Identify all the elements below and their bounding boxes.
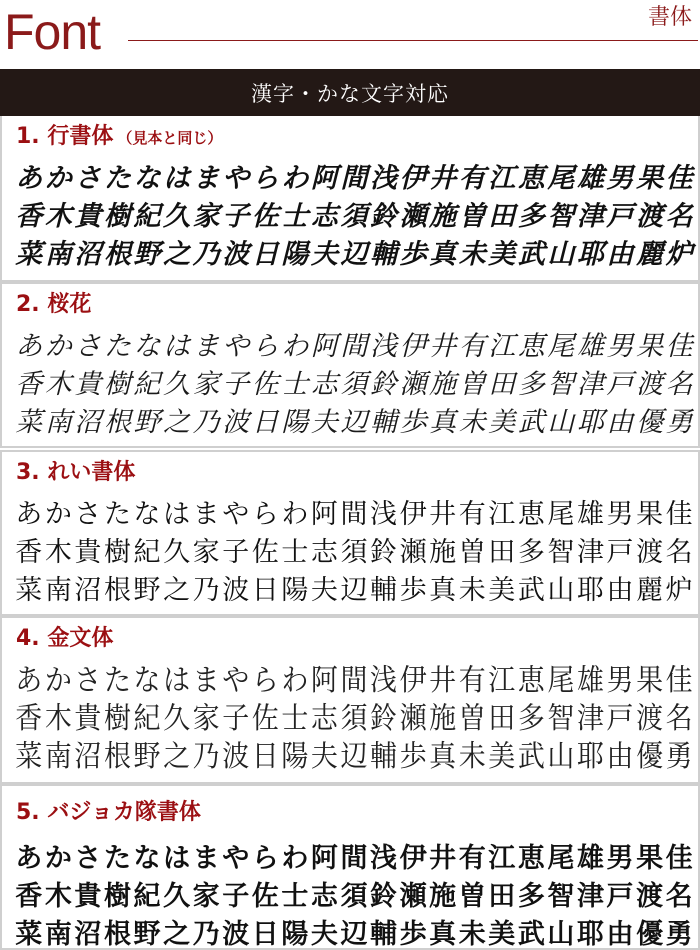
sample-glyph: わ: [280, 497, 310, 533]
sample-glyph: 陽: [280, 237, 310, 273]
section-number: 1.: [16, 124, 40, 149]
sample-glyph: 波: [221, 573, 251, 609]
sample-glyph: 耶: [576, 573, 606, 609]
sample-glyph: 佳: [664, 161, 694, 197]
sample-glyph: 之: [162, 573, 192, 609]
sample-glyph: 戸: [605, 199, 635, 235]
sample-glyph: 辺: [339, 237, 369, 273]
sample-glyph: 名: [664, 199, 694, 235]
sample-glyph: 士: [280, 199, 310, 235]
sample-glyph: 津: [576, 699, 606, 739]
sample-glyph: 恵: [517, 497, 547, 533]
sample-glyph: 佳: [664, 661, 694, 701]
sample-glyph: 美: [487, 573, 517, 609]
sample-glyph: は: [162, 841, 192, 877]
sample-glyph: 勇: [664, 917, 694, 950]
sample-glyph: 井: [428, 329, 458, 365]
sample-glyph: 浅: [369, 497, 399, 533]
sample-glyph: 志: [310, 367, 340, 403]
sample-glyph: 須: [339, 199, 369, 235]
sample-glyph: 輔: [369, 405, 399, 441]
sample-glyph: 菜: [14, 737, 44, 777]
sample-glyph: 津: [576, 535, 606, 571]
sample-glyph: 佳: [664, 329, 694, 365]
sample-glyph: 果: [635, 841, 665, 877]
sample-glyph: 乃: [191, 917, 221, 950]
sample-glyph: 多: [517, 199, 547, 235]
sample-glyph: 木: [44, 535, 74, 571]
sample-glyph: 鈴: [369, 199, 399, 235]
sample-glyph: 由: [605, 917, 635, 950]
sample-glyph: 菜: [14, 405, 44, 441]
sample-glyph: 江: [487, 161, 517, 197]
sample-glyph: 瀬: [398, 199, 428, 235]
sample-glyph: 佐: [251, 535, 281, 571]
sample-glyph: 由: [605, 405, 635, 441]
sample-glyph: 樹: [103, 199, 133, 235]
sample-glyph: 佐: [251, 879, 281, 915]
sample-glyph: 香: [14, 699, 44, 739]
sample-glyph: 陽: [280, 917, 310, 950]
sample-glyph: 瀬: [398, 879, 428, 915]
sample-row: 菜南沼根野之乃波日陽夫辺輔歩真未美武山耶由優勇: [14, 738, 694, 776]
sample-glyph: ま: [191, 329, 221, 365]
sample-glyph: 陽: [280, 573, 310, 609]
sample-glyph: 勇: [664, 737, 694, 777]
sample-glyph: 士: [280, 367, 310, 403]
sample-glyph: 由: [605, 737, 635, 777]
sample-glyph: 優: [635, 405, 665, 441]
font-section-kinbun: 4. 金文体 あかさたなはまやらわ阿間浅伊井有江恵尾雄男果佳 香木貴樹紀久家子佐…: [0, 616, 700, 784]
sample-glyph: 沼: [73, 405, 103, 441]
section-title: 5. バジョカ隊書体: [16, 798, 201, 828]
sample-glyph: 久: [162, 699, 192, 739]
sample-glyph: 浅: [369, 841, 399, 877]
sample-glyph: 山: [546, 917, 576, 950]
sample-glyph: 日: [251, 737, 281, 777]
sample-glyph: 日: [251, 237, 281, 273]
sample-glyph: ま: [191, 497, 221, 533]
sample-glyph: か: [44, 841, 74, 877]
sample-glyph: 男: [605, 661, 635, 701]
sample-glyph: 阿: [310, 329, 340, 365]
sample-glyph: ら: [251, 161, 281, 197]
sample-row: あかさたなはまやらわ阿間浅伊井有江恵尾雄男果佳: [14, 496, 694, 534]
sample-glyph: 井: [428, 161, 458, 197]
sample-glyph: 耶: [576, 405, 606, 441]
sample-row: 香木貴樹紀久家子佐士志須鈴瀬施曽田多智津戸渡名: [14, 878, 694, 916]
sample-glyph: 阿: [310, 841, 340, 877]
sample-glyph: 渡: [635, 535, 665, 571]
sample-glyph: 名: [664, 535, 694, 571]
sample-glyph: わ: [280, 661, 310, 701]
sample-glyph: 有: [457, 841, 487, 877]
sample-glyph: 南: [44, 737, 74, 777]
sample-glyph: 瀬: [398, 535, 428, 571]
sample-glyph: 南: [44, 573, 74, 609]
sample-glyph: 根: [103, 573, 133, 609]
sample-glyph: 野: [132, 573, 162, 609]
sample-glyph: 恵: [517, 661, 547, 701]
sample-glyph: 曽: [457, 699, 487, 739]
sample-rows: あかさたなはまやらわ阿間浅伊井有江恵尾雄男果佳 香木貴樹紀久家子佐士志須鈴瀬施曽…: [14, 496, 694, 610]
section-name: バジョカ隊書体: [47, 800, 201, 825]
section-number: 2.: [16, 292, 40, 317]
sample-rows: あかさたなはまやらわ阿間浅伊井有江恵尾雄男果佳 香木貴樹紀久家子佐士志須鈴瀬施曽…: [14, 160, 694, 274]
sample-glyph: あ: [14, 497, 44, 533]
sample-glyph: 木: [44, 879, 74, 915]
sample-glyph: 施: [428, 199, 458, 235]
sample-glyph: 波: [221, 237, 251, 273]
sample-row: 菜南沼根野之乃波日陽夫辺輔歩真未美武山耶由麗炉: [14, 572, 694, 610]
sample-glyph: 智: [546, 699, 576, 739]
sample-glyph: 耶: [576, 917, 606, 950]
sample-glyph: 武: [517, 917, 547, 950]
sample-glyph: 乃: [191, 737, 221, 777]
sample-glyph: 沼: [73, 237, 103, 273]
sample-glyph: や: [221, 497, 251, 533]
sample-glyph: 香: [14, 535, 44, 571]
sample-glyph: 伊: [398, 329, 428, 365]
sample-glyph: 浅: [369, 329, 399, 365]
sample-glyph: 真: [428, 573, 458, 609]
banner-label: 漢字・かな文字対応: [251, 78, 449, 108]
sample-glyph: 多: [517, 879, 547, 915]
sample-rows: あかさたなはまやらわ阿間浅伊井有江恵尾雄男果佳 香木貴樹紀久家子佐士志須鈴瀬施曽…: [14, 840, 694, 950]
sample-glyph: 曽: [457, 199, 487, 235]
sample-row: 菜南沼根野之乃波日陽夫辺輔歩真未美武山耶由優勇: [14, 404, 694, 442]
sample-glyph: 未: [457, 237, 487, 273]
sample-glyph: 士: [280, 699, 310, 739]
sample-glyph: 間: [339, 497, 369, 533]
section-title: 1. 行書体（見本と同じ）: [16, 122, 222, 153]
sample-glyph: や: [221, 841, 251, 877]
sample-glyph: 恵: [517, 161, 547, 197]
sample-glyph: 戸: [605, 367, 635, 403]
sample-glyph: 士: [280, 879, 310, 915]
section-number: 4.: [16, 626, 40, 651]
sample-glyph: 未: [457, 917, 487, 950]
sample-glyph: 家: [191, 699, 221, 739]
sample-row: 菜南沼根野之乃波日陽夫辺輔歩真未美武山耶由麗炉: [14, 236, 694, 274]
sample-glyph: 須: [339, 535, 369, 571]
sample-glyph: 麗: [635, 573, 665, 609]
sample-glyph: 沼: [73, 737, 103, 777]
sample-glyph: 瀬: [398, 699, 428, 739]
section-name: 金文体: [47, 626, 113, 651]
sample-glyph: 田: [487, 199, 517, 235]
section-note: （見本と同じ）: [117, 129, 222, 147]
sample-glyph: 恵: [517, 841, 547, 877]
sample-glyph: 志: [310, 535, 340, 571]
sample-glyph: 田: [487, 699, 517, 739]
sample-glyph: 子: [221, 367, 251, 403]
sample-glyph: 波: [221, 405, 251, 441]
sample-glyph: や: [221, 329, 251, 365]
sample-glyph: 貴: [73, 199, 103, 235]
sample-glyph: 武: [517, 573, 547, 609]
section-number: 3.: [16, 460, 40, 485]
sample-glyph: 名: [664, 879, 694, 915]
sample-glyph: は: [162, 329, 192, 365]
sample-glyph: 家: [191, 199, 221, 235]
sample-glyph: 井: [428, 497, 458, 533]
sample-glyph: 耶: [576, 237, 606, 273]
sample-glyph: 尾: [546, 497, 576, 533]
sample-glyph: 真: [428, 237, 458, 273]
sample-glyph: 伊: [398, 161, 428, 197]
sample-glyph: 樹: [103, 699, 133, 739]
sample-glyph: 輔: [369, 917, 399, 950]
sample-glyph: 木: [44, 367, 74, 403]
section-title: 2. 桜花: [16, 290, 91, 320]
sample-glyph: 阿: [310, 497, 340, 533]
sample-glyph: 真: [428, 917, 458, 950]
sample-glyph: さ: [73, 661, 103, 701]
sample-glyph: 乃: [191, 237, 221, 273]
sample-glyph: あ: [14, 661, 44, 701]
sample-glyph: ま: [191, 161, 221, 197]
sample-glyph: 菜: [14, 573, 44, 609]
sample-glyph: 輔: [369, 737, 399, 777]
sample-glyph: 田: [487, 879, 517, 915]
sample-glyph: 家: [191, 879, 221, 915]
section-number: 5.: [16, 800, 40, 825]
sample-glyph: 間: [339, 161, 369, 197]
sample-glyph: 江: [487, 841, 517, 877]
sample-glyph: あ: [14, 841, 44, 877]
sample-glyph: 志: [310, 199, 340, 235]
sample-glyph: 男: [605, 497, 635, 533]
sample-glyph: 智: [546, 879, 576, 915]
sample-glyph: 之: [162, 917, 192, 950]
sample-glyph: 鈴: [369, 535, 399, 571]
sample-glyph: 佳: [664, 841, 694, 877]
sample-glyph: 樹: [103, 367, 133, 403]
sample-glyph: 子: [221, 699, 251, 739]
sample-glyph: 戸: [605, 879, 635, 915]
font-section-gyosho: 1. 行書体（見本と同じ） あかさたなはまやらわ阿間浅伊井有江恵尾雄男果佳 香木…: [0, 116, 700, 282]
sample-glyph: 木: [44, 699, 74, 739]
sample-glyph: 果: [635, 661, 665, 701]
sample-glyph: 渡: [635, 367, 665, 403]
sample-glyph: 炉: [664, 237, 694, 273]
sample-glyph: 男: [605, 841, 635, 877]
sample-glyph: 耶: [576, 737, 606, 777]
sample-glyph: 日: [251, 573, 281, 609]
sample-glyph: 多: [517, 699, 547, 739]
sample-glyph: 鈴: [369, 699, 399, 739]
sample-glyph: 歩: [398, 737, 428, 777]
sample-glyph: 由: [605, 237, 635, 273]
sample-glyph: 須: [339, 699, 369, 739]
sample-glyph: 久: [162, 535, 192, 571]
sample-glyph: 山: [546, 237, 576, 273]
sample-glyph: 志: [310, 699, 340, 739]
sample-glyph: 辺: [339, 917, 369, 950]
sample-glyph: 佐: [251, 199, 281, 235]
sample-glyph: 真: [428, 737, 458, 777]
sample-glyph: 由: [605, 573, 635, 609]
sample-glyph: 果: [635, 161, 665, 197]
sample-glyph: さ: [73, 161, 103, 197]
sample-glyph: 久: [162, 199, 192, 235]
sample-glyph: た: [103, 497, 133, 533]
sample-glyph: 紀: [132, 699, 162, 739]
sample-glyph: 果: [635, 329, 665, 365]
sample-glyph: 子: [221, 535, 251, 571]
sample-glyph: 多: [517, 367, 547, 403]
sample-glyph: た: [103, 841, 133, 877]
sample-glyph: は: [162, 161, 192, 197]
sample-glyph: 根: [103, 405, 133, 441]
sample-glyph: 乃: [191, 573, 221, 609]
sample-glyph: 之: [162, 737, 192, 777]
sample-glyph: 佳: [664, 497, 694, 533]
sample-glyph: 未: [457, 405, 487, 441]
sample-glyph: 智: [546, 367, 576, 403]
sample-glyph: 恵: [517, 329, 547, 365]
sample-glyph: 美: [487, 737, 517, 777]
sample-glyph: や: [221, 661, 251, 701]
sample-row: 菜南沼根野之乃波日陽夫辺輔歩真未美武山耶由優勇: [14, 916, 694, 950]
sample-glyph: 歩: [398, 405, 428, 441]
sample-glyph: 樹: [103, 535, 133, 571]
sample-glyph: な: [132, 497, 162, 533]
sample-glyph: 子: [221, 879, 251, 915]
sample-glyph: 男: [605, 329, 635, 365]
page-subtitle: 書体: [648, 4, 692, 32]
sample-rows: あかさたなはまやらわ阿間浅伊井有江恵尾雄男果佳 香木貴樹紀久家子佐士志須鈴瀬施曽…: [14, 662, 694, 776]
sample-glyph: さ: [73, 497, 103, 533]
sample-glyph: 未: [457, 737, 487, 777]
sample-glyph: 勇: [664, 405, 694, 441]
sample-glyph: 優: [635, 917, 665, 950]
sample-glyph: 子: [221, 199, 251, 235]
sample-glyph: わ: [280, 841, 310, 877]
sample-glyph: 香: [14, 879, 44, 915]
sample-glyph: 美: [487, 917, 517, 950]
sample-glyph: 歩: [398, 573, 428, 609]
sample-glyph: 久: [162, 879, 192, 915]
sample-glyph: た: [103, 661, 133, 701]
sample-glyph: か: [44, 661, 74, 701]
sample-glyph: か: [44, 161, 74, 197]
sample-glyph: 戸: [605, 535, 635, 571]
sample-glyph: 美: [487, 405, 517, 441]
sample-glyph: 菜: [14, 237, 44, 273]
sample-glyph: 南: [44, 917, 74, 950]
sample-glyph: 久: [162, 367, 192, 403]
sample-glyph: 木: [44, 199, 74, 235]
sample-glyph: わ: [280, 161, 310, 197]
sample-row: あかさたなはまやらわ阿間浅伊井有江恵尾雄男果佳: [14, 840, 694, 878]
header-divider: [128, 40, 698, 41]
sample-glyph: は: [162, 661, 192, 701]
sample-glyph: 鈴: [369, 879, 399, 915]
section-name: 桜花: [47, 292, 91, 317]
sample-glyph: 紀: [132, 199, 162, 235]
sample-glyph: 辺: [339, 405, 369, 441]
sample-glyph: 佐: [251, 699, 281, 739]
sample-glyph: 田: [487, 535, 517, 571]
sample-glyph: 貴: [73, 699, 103, 739]
sample-glyph: 阿: [310, 661, 340, 701]
sample-glyph: 野: [132, 917, 162, 950]
sample-glyph: 智: [546, 199, 576, 235]
sample-glyph: 陽: [280, 737, 310, 777]
sample-glyph: ま: [191, 661, 221, 701]
sample-glyph: た: [103, 161, 133, 197]
sample-glyph: ら: [251, 841, 281, 877]
sample-row: 香木貴樹紀久家子佐士志須鈴瀬施曽田多智津戸渡名: [14, 366, 694, 404]
sample-glyph: 輔: [369, 237, 399, 273]
sample-glyph: 波: [221, 737, 251, 777]
section-name: れい書体: [47, 460, 135, 485]
page-title: Font: [4, 4, 100, 60]
sample-glyph: 有: [457, 497, 487, 533]
sample-glyph: 日: [251, 917, 281, 950]
sample-glyph: 日: [251, 405, 281, 441]
sample-glyph: や: [221, 161, 251, 197]
sample-glyph: は: [162, 497, 192, 533]
sample-glyph: 施: [428, 367, 458, 403]
sample-glyph: 多: [517, 535, 547, 571]
sample-glyph: 雄: [576, 841, 606, 877]
sample-glyph: 士: [280, 535, 310, 571]
sample-glyph: 南: [44, 405, 74, 441]
sample-glyph: 貴: [73, 535, 103, 571]
sample-glyph: 尾: [546, 661, 576, 701]
sample-glyph: 家: [191, 367, 221, 403]
sample-glyph: 真: [428, 405, 458, 441]
sample-glyph: 有: [457, 661, 487, 701]
sample-glyph: 智: [546, 535, 576, 571]
sample-glyph: ま: [191, 841, 221, 877]
sample-glyph: 優: [635, 737, 665, 777]
sample-glyph: 武: [517, 237, 547, 273]
section-title: 4. 金文体: [16, 624, 113, 654]
sample-glyph: 紀: [132, 879, 162, 915]
support-banner: 漢字・かな文字対応: [0, 69, 700, 116]
sample-glyph: 歩: [398, 237, 428, 273]
sample-glyph: さ: [73, 329, 103, 365]
sample-glyph: 施: [428, 879, 458, 915]
sample-glyph: 香: [14, 367, 44, 403]
sample-glyph: 家: [191, 535, 221, 571]
sample-glyph: 曽: [457, 879, 487, 915]
sample-glyph: 根: [103, 237, 133, 273]
sample-glyph: ら: [251, 497, 281, 533]
sample-glyph: 波: [221, 917, 251, 950]
font-section-reisho: 3. れい書体 あかさたなはまやらわ阿間浅伊井有江恵尾雄男果佳 香木貴樹紀久家子…: [0, 450, 700, 616]
sample-glyph: な: [132, 841, 162, 877]
sample-glyph: 渡: [635, 879, 665, 915]
sample-glyph: 伊: [398, 841, 428, 877]
sample-glyph: 尾: [546, 161, 576, 197]
sample-glyph: 男: [605, 161, 635, 197]
sample-glyph: 根: [103, 917, 133, 950]
sample-glyph: 江: [487, 329, 517, 365]
sample-glyph: 津: [576, 199, 606, 235]
sample-glyph: 尾: [546, 329, 576, 365]
sample-glyph: 乃: [191, 405, 221, 441]
sample-glyph: 貴: [73, 367, 103, 403]
sample-glyph: 井: [428, 841, 458, 877]
sample-glyph: わ: [280, 329, 310, 365]
sample-row: あかさたなはまやらわ阿間浅伊井有江恵尾雄男果佳: [14, 160, 694, 198]
sample-rows: あかさたなはまやらわ阿間浅伊井有江恵尾雄男果佳 香木貴樹紀久家子佐士志須鈴瀬施曽…: [14, 328, 694, 442]
